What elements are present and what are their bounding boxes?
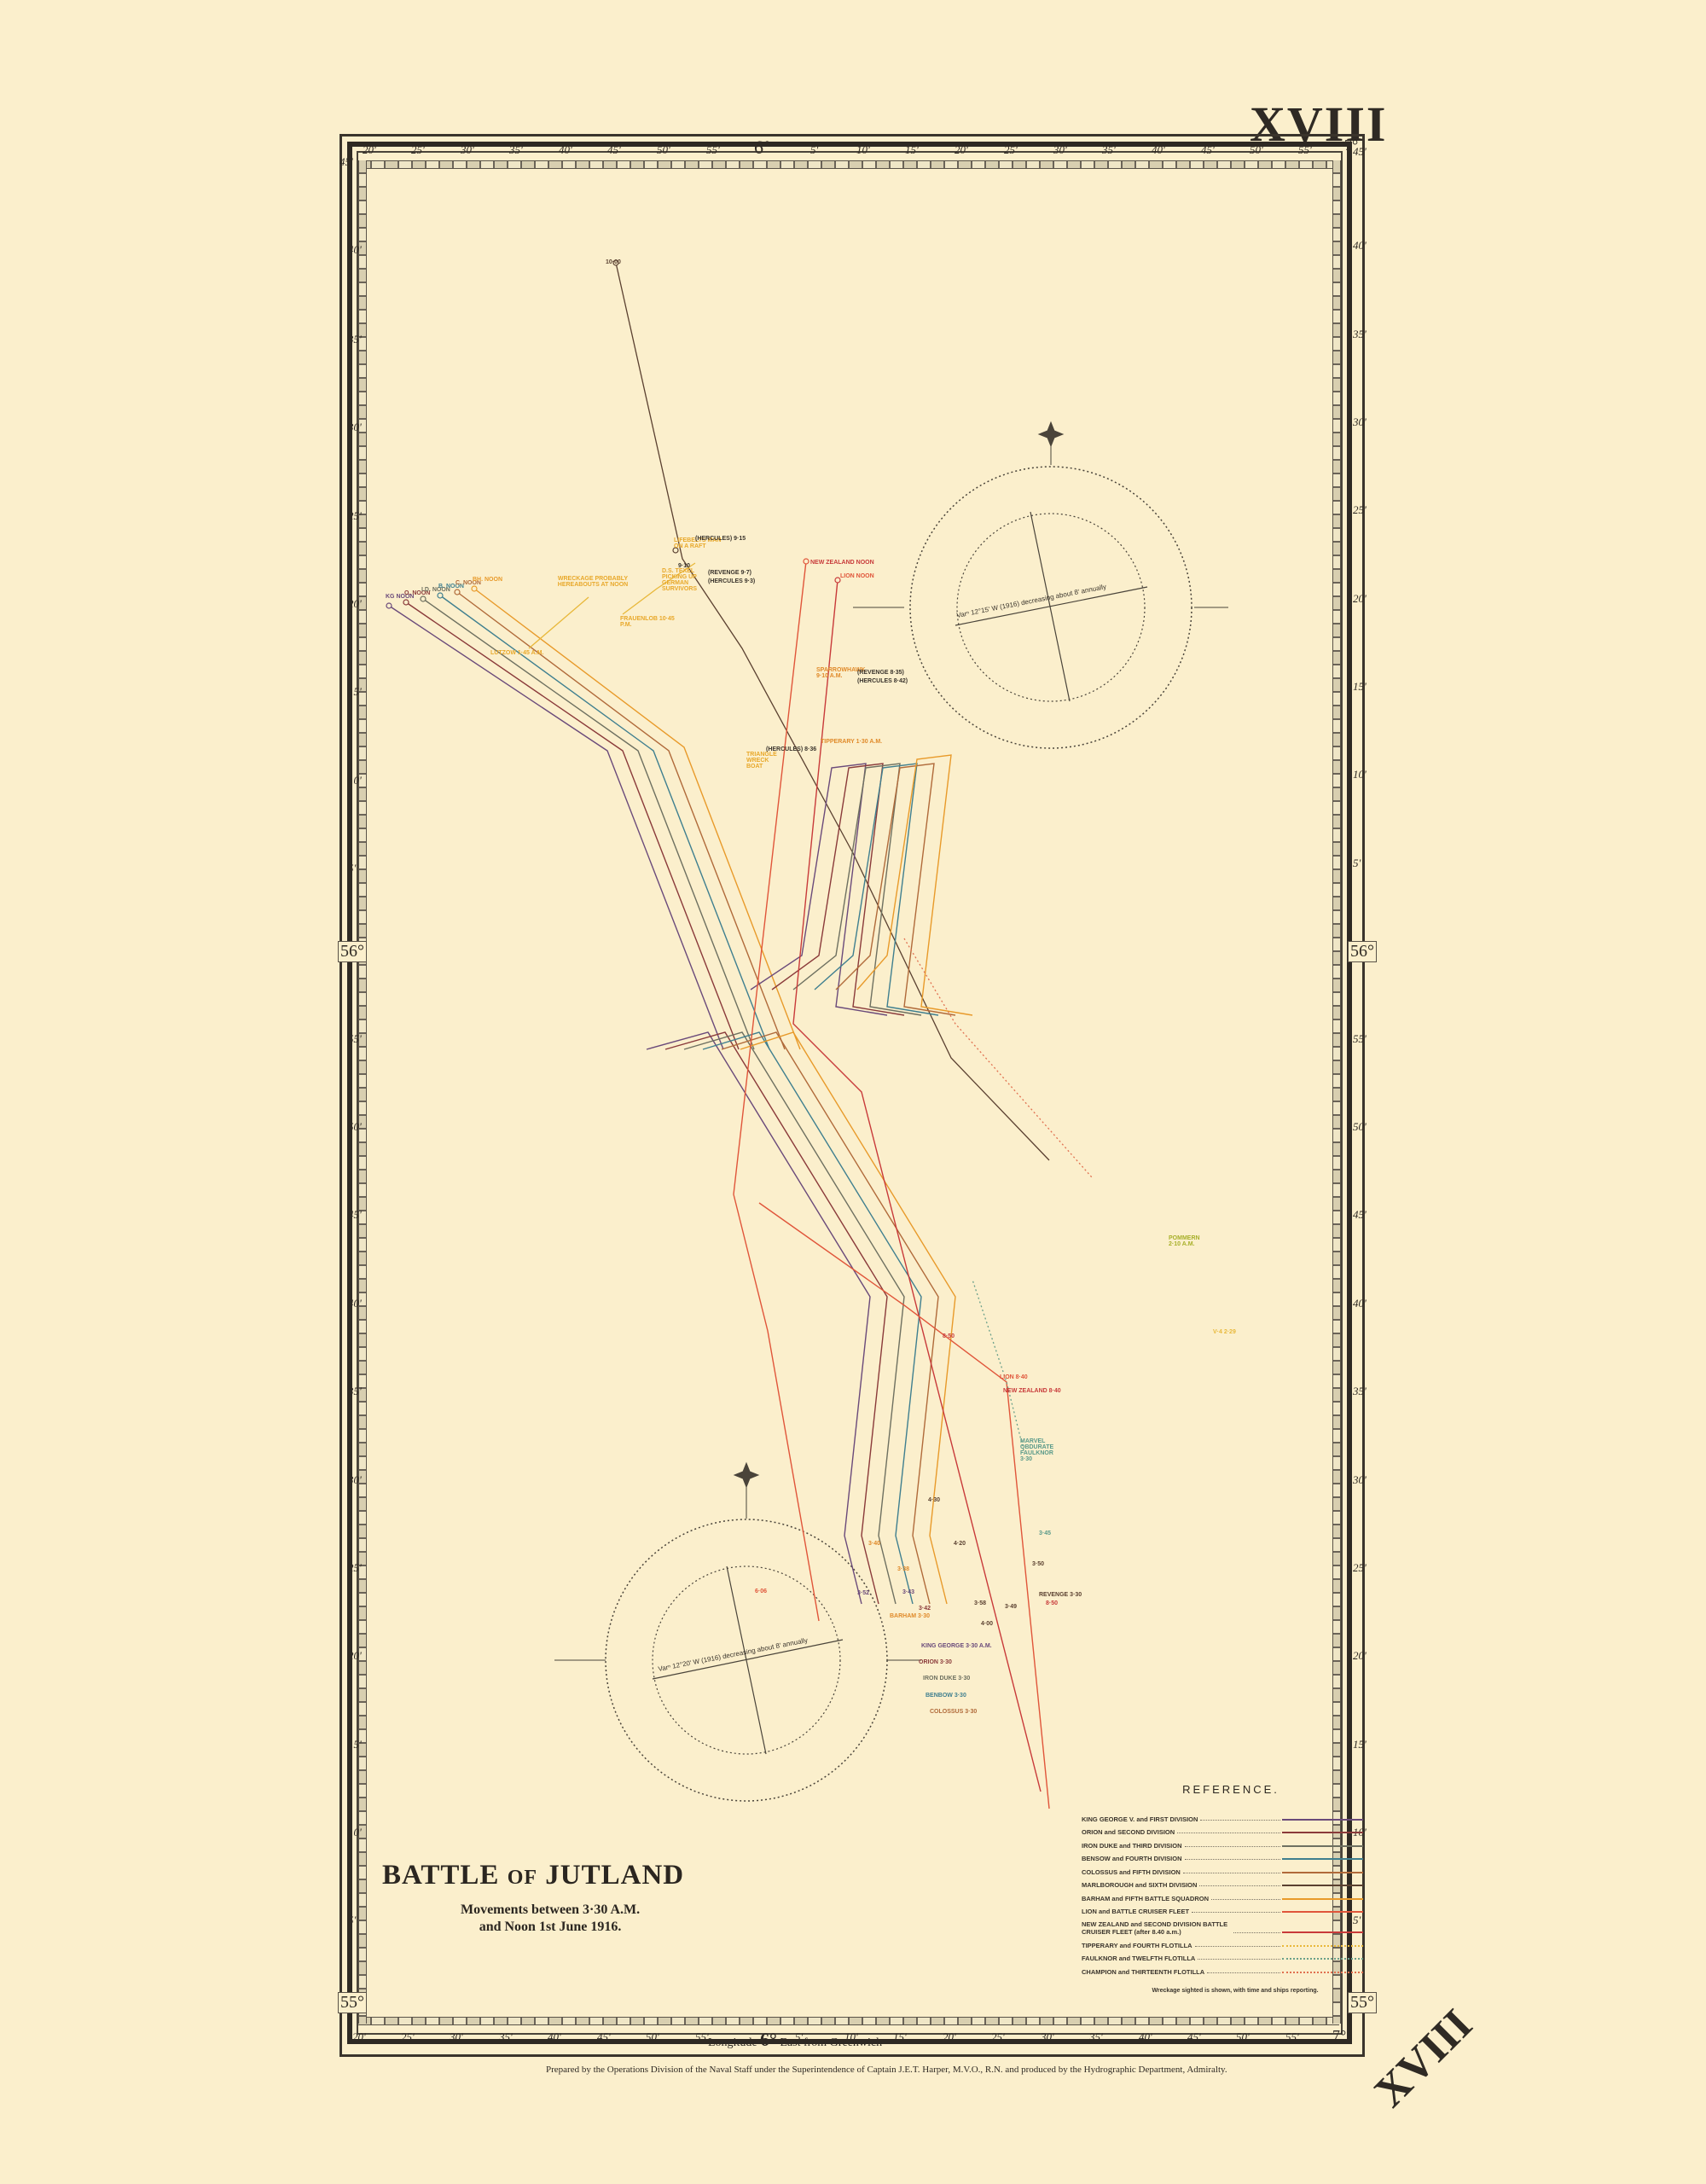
lion-840-label: LION 8·40 bbox=[1000, 1374, 1028, 1380]
hercules-842-label: (HERCULES 8·42) bbox=[857, 678, 908, 684]
legend-swatch bbox=[1282, 1958, 1363, 1960]
lion-noon-label: LION NOON bbox=[840, 573, 874, 579]
time-850-label: 8·50 bbox=[943, 1333, 955, 1339]
benbow-330-label: BENBOW 3·30 bbox=[926, 1693, 966, 1699]
legend-swatch bbox=[1282, 1872, 1363, 1873]
tipperary-label: TIPPERARY 1·30 A.M. bbox=[821, 739, 882, 745]
compass-rose-lower bbox=[554, 1463, 921, 1801]
imprint-credit: Prepared by the Operations Division of t… bbox=[546, 2065, 1227, 2075]
legend-item: LION and BATTLE CRUISER FLEET bbox=[1082, 1902, 1363, 1916]
reference-title: REFERENCE. bbox=[1099, 1783, 1363, 1796]
legend-label: NEW ZEALAND and SECOND DIVISION BATTLE C… bbox=[1082, 1920, 1231, 1936]
title-word-battle: BATTLE bbox=[382, 1860, 499, 1891]
king-george-330-label: KING GEORGE 3·30 A.M. bbox=[921, 1643, 992, 1649]
time-349-label: 3·49 bbox=[1005, 1604, 1017, 1610]
legend-label: CHAMPION and THIRTEENTH FLOTILLA bbox=[1082, 1968, 1204, 1976]
legend-item: ORION and SECOND DIVISION bbox=[1082, 1823, 1363, 1837]
legend-item: BENSOW and FOURTH DIVISION bbox=[1082, 1850, 1363, 1863]
revenge-330-label: REVENGE 3·30 bbox=[1039, 1592, 1082, 1598]
legend-item: FAULKNOR and TWELFTH FLOTILLA bbox=[1082, 1949, 1363, 1963]
revenge-97-label: (REVENGE 9·7) bbox=[708, 570, 751, 576]
legend-swatch bbox=[1282, 1911, 1363, 1913]
marvel-label: MARVEL OBDURATE FAULKNOR 3·30 bbox=[1020, 1438, 1063, 1462]
time-910-label: 9·10 bbox=[678, 563, 690, 569]
legend-label: TIPPERARY and FOURTH FLOTILLA bbox=[1082, 1942, 1192, 1949]
orion-330-label: ORION 3·30 bbox=[919, 1659, 952, 1665]
revenge-835-label: (REVENGE 8·35) bbox=[857, 670, 904, 676]
legend-label: BARHAM and FIFTH BATTLE SQUADRON bbox=[1082, 1895, 1209, 1902]
legend-swatch bbox=[1282, 1819, 1363, 1821]
legend-swatch bbox=[1282, 1858, 1363, 1860]
battle-fleet-zigzag bbox=[751, 755, 972, 1015]
position-markers bbox=[386, 260, 840, 608]
subtitle-line-1: Movements between 3·30 A.M. bbox=[416, 1902, 684, 1919]
track-marlborough bbox=[616, 263, 1049, 1160]
time-606-label: 6·06 bbox=[755, 1589, 767, 1594]
triangle-wreck-label: TRIANGLE WRECK BOAT bbox=[746, 752, 780, 770]
lutzow-label: LUTZOW 1·45 A.M. bbox=[490, 650, 543, 656]
legend-item: MARLBOROUGH and SIXTH DIVISION bbox=[1082, 1876, 1363, 1890]
reference-note: Wreckage sighted is shown, with time and… bbox=[1107, 1988, 1363, 1994]
legend-label: KING GEORGE V. and FIRST DIVISION bbox=[1082, 1815, 1198, 1823]
map-title-block: BATTLE OF JUTLAND Movements between 3·30… bbox=[382, 1860, 684, 1936]
time-400-label: 4·00 bbox=[981, 1621, 993, 1627]
time-342-label: 3·42 bbox=[919, 1606, 931, 1612]
iron-duke-330-label: IRON DUKE 3·30 bbox=[923, 1676, 970, 1682]
legend-label: BENSOW and FOURTH DIVISION bbox=[1082, 1855, 1182, 1862]
pommern-label: POMMERN 2·10 A.M. bbox=[1169, 1235, 1211, 1247]
flotilla-tracks bbox=[529, 563, 1092, 1450]
legend-item: COLOSSUS and FIFTH DIVISION bbox=[1082, 1862, 1363, 1876]
time-350-label: 3·50 bbox=[1032, 1561, 1044, 1567]
legend-swatch bbox=[1282, 1845, 1363, 1847]
legend-label: ORION and SECOND DIVISION bbox=[1082, 1828, 1175, 1836]
texel-label: D.S. TEXEL PICKING UP GERMAN SURVIVORS bbox=[662, 568, 713, 592]
time-1000-label: 10·00 bbox=[606, 259, 621, 265]
legend-item: CHAMPION and THIRTEENTH FLOTILLA bbox=[1082, 1962, 1363, 1976]
time-345-label: 3·45 bbox=[1039, 1531, 1051, 1536]
new-zealand-840-label: NEW ZEALAND 8·40 bbox=[1003, 1388, 1061, 1394]
legend-item: BARHAM and FIFTH BATTLE SQUADRON bbox=[1082, 1889, 1363, 1902]
battle-fleet-tracks-upper bbox=[389, 589, 800, 1049]
map-subtitle: Movements between 3·30 A.M. and Noon 1st… bbox=[416, 1902, 684, 1936]
subtitle-line-2: and Noon 1st June 1916. bbox=[416, 1919, 684, 1936]
legend-item: NEW ZEALAND and SECOND DIVISION BATTLE C… bbox=[1082, 1915, 1363, 1936]
time-343-label: 3·43 bbox=[902, 1589, 914, 1595]
legend-label: IRON DUKE and THIRD DIVISION bbox=[1082, 1842, 1182, 1850]
barham-330-label: BARHAM 3·30 bbox=[890, 1613, 930, 1619]
legend-swatch bbox=[1282, 1972, 1363, 1973]
legend-swatch bbox=[1282, 1832, 1363, 1833]
frauenlob-label: FRAUENLOB 10·45 P.M. bbox=[620, 616, 680, 628]
wreckage-label: WRECKAGE PROBABLY HEREABOUTS AT NOON bbox=[554, 576, 631, 588]
legend-item: IRON DUKE and THIRD DIVISION bbox=[1082, 1836, 1363, 1850]
time-340-label: 3·40 bbox=[868, 1541, 880, 1547]
map-title: BATTLE OF JUTLAND bbox=[382, 1860, 684, 1891]
time-420-label: 4·20 bbox=[954, 1541, 966, 1547]
legend-swatch bbox=[1282, 1885, 1363, 1886]
v4-label: V·4 2·29 bbox=[1213, 1329, 1239, 1335]
time-860-label: 8·50 bbox=[1046, 1600, 1058, 1606]
noon-label-barham: BH. NOON bbox=[473, 577, 502, 583]
hercules-93-label: (HERCULES 9·3) bbox=[708, 578, 755, 584]
new-zealand-noon-label: NEW ZEALAND NOON bbox=[810, 560, 874, 566]
reference-legend: REFERENCE. KING GEORGE V. and FIRST DIVI… bbox=[1082, 1783, 1363, 1994]
legend-label: LION and BATTLE CRUISER FLEET bbox=[1082, 1908, 1189, 1915]
time-338-label: 3·38 bbox=[897, 1566, 909, 1572]
legend-item: KING GEORGE V. and FIRST DIVISION bbox=[1082, 1809, 1363, 1823]
colossus-330-label: COLOSSUS 3·30 bbox=[930, 1709, 977, 1715]
title-word-jutland: JUTLAND bbox=[545, 1860, 684, 1891]
legend-swatch bbox=[1282, 1945, 1363, 1947]
legend-swatch bbox=[1282, 1931, 1363, 1933]
legend-label: FAULKNOR and TWELFTH FLOTILLA bbox=[1082, 1955, 1195, 1962]
time-352-label: 3·52 bbox=[857, 1590, 869, 1596]
hercules-915-label: (HERCULES) 9·15 bbox=[695, 536, 746, 542]
time-358-label: 3·58 bbox=[974, 1600, 986, 1606]
legend-swatch bbox=[1282, 1898, 1363, 1900]
time-430-label: 4·30 bbox=[928, 1497, 940, 1503]
title-word-of: OF bbox=[508, 1867, 537, 1889]
map-tracks bbox=[0, 0, 1706, 2184]
legend-item: TIPPERARY and FOURTH FLOTILLA bbox=[1082, 1936, 1363, 1949]
compass-rose-upper bbox=[853, 422, 1228, 748]
legend-label: COLOSSUS and FIFTH DIVISION bbox=[1082, 1868, 1181, 1876]
legend-label: MARLBOROUGH and SIXTH DIVISION bbox=[1082, 1881, 1197, 1889]
